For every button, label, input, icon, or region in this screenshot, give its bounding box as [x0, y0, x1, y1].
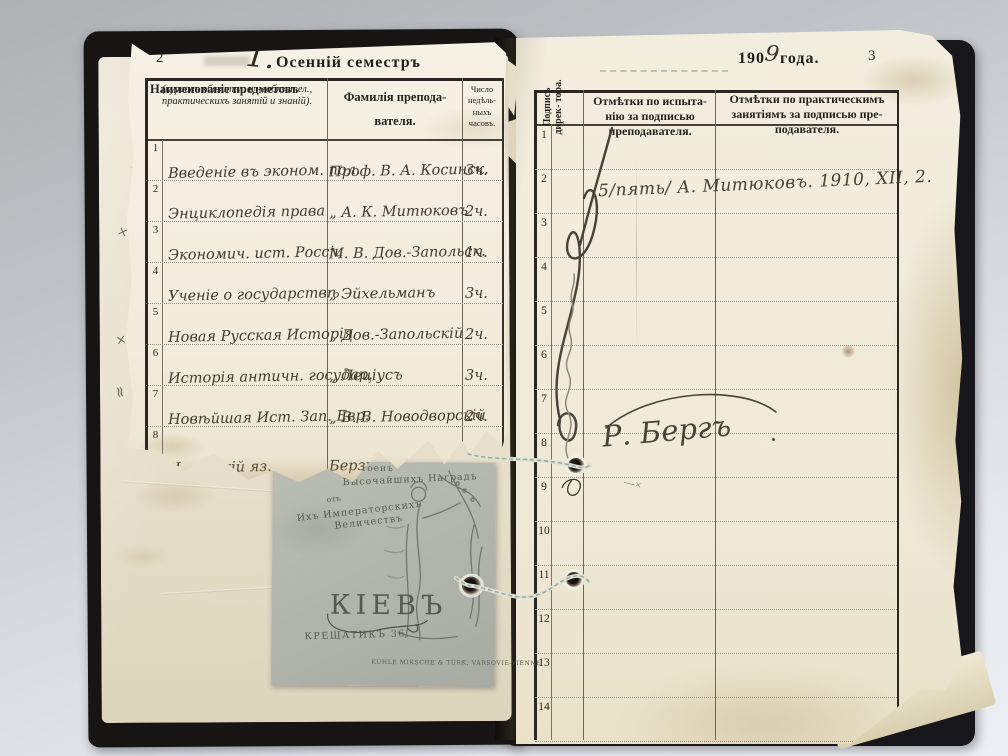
teacher-entry: „ Леціусъ — [329, 367, 403, 384]
table-row: 4 Ученіе о государствѣ „ Эйхельманъ 3ч. — [146, 263, 503, 304]
row-number: 8 — [149, 429, 162, 441]
table-row: 3 Экономич. ист. Россіи М. В. Дов.-Запол… — [146, 222, 503, 263]
table-row: 13 — [535, 654, 897, 698]
row-number: 7 — [149, 388, 162, 400]
subject-entry: Новая Русская Исторія — [168, 326, 354, 346]
teacher-entry: „ Дов.-Запольскій — [329, 326, 463, 344]
teacher-entry: М. В. Дов.-Запольск. — [329, 244, 486, 263]
year-word: года. — [780, 50, 820, 68]
table-row: 2 Энциклопедія права „ А. К. Митюковъ 2ч… — [146, 181, 503, 222]
photo-of-1909-record-book: × × ≈ 190 9 года. 3 Подпись дирек- тора.… — [0, 0, 1008, 756]
year-handwritten-digit: 9 — [763, 41, 780, 68]
subject-entry: Экономич. ист. Россіи — [168, 244, 344, 264]
column-header-subjects-subtitle: (курсовъ обязател. и необязател., практи… — [150, 84, 324, 108]
row-number: 3 — [149, 224, 162, 236]
hours-entry: 2ч. — [465, 204, 488, 220]
teacher-entry: „ В. В. Новодворскій — [329, 408, 486, 427]
table-row: 1 Введеніе въ эконом. пол. Проф. В. А. К… — [146, 140, 503, 181]
binding-thread — [428, 426, 640, 618]
left-torn-page: 2 1. Осенній семестръ Наименованіе предм… — [126, 40, 514, 482]
year-printed: 190 — [738, 50, 765, 68]
hours-entry: 2ч. — [465, 327, 488, 343]
row-number: 6 — [149, 347, 162, 359]
subject-entry: Ученіе о государствѣ — [168, 285, 340, 305]
erased-smudge — [204, 56, 250, 66]
faded-printed-rule — [600, 70, 728, 72]
subject-entry: Энциклопедія права — [168, 203, 325, 222]
hours-entry: 3ч. — [465, 286, 488, 302]
table-row: 7 Новѣйшая Ист. Зап. Евр. „ В. В. Новодв… — [146, 386, 503, 427]
ink-dot — [772, 438, 775, 441]
semester-title: Осенній семестръ — [276, 54, 421, 72]
row-number: 5 — [149, 306, 162, 318]
teacher-entry: „ Эйхельманъ — [329, 285, 436, 303]
row-number: 4 — [149, 265, 162, 277]
page-number-right: 3 — [868, 48, 876, 65]
row-number: 1 — [149, 142, 162, 154]
row-number: 14 — [537, 701, 551, 713]
hours-entry: 2ч. — [465, 409, 488, 425]
card-printer-imprint: KUHLE MIKSCHE & TÜRK, VARSOVIE-VIENNE — [371, 659, 541, 667]
card-line-from: отъ — [326, 494, 341, 504]
table-row: 6 Исторія античн. государ. „ Леціусъ 3ч. — [146, 345, 503, 386]
table-border — [145, 78, 504, 81]
table-row: 5 Новая Русская Исторія „ Дов.-Запольскі… — [146, 304, 503, 345]
hours-entry: 3ч. — [465, 368, 488, 384]
row-number: 2 — [149, 183, 162, 195]
column-header-hours: Число недѣль- ныхъ часовъ. — [464, 84, 500, 130]
hours-entry: 1ч. — [465, 245, 488, 261]
teacher-entry: „ А. К. Митюковъ — [329, 203, 468, 221]
table-row: 14 — [535, 698, 897, 742]
hours-entry: 3ч. — [465, 163, 488, 179]
pencil-squiggle-mark: ≈ — [110, 384, 130, 400]
right-page: 190 9 года. 3 Подпись дирек- тора. Отмѣт… — [516, 30, 968, 744]
column-header-teacher: Фамилія препода- вателя. — [330, 86, 460, 134]
